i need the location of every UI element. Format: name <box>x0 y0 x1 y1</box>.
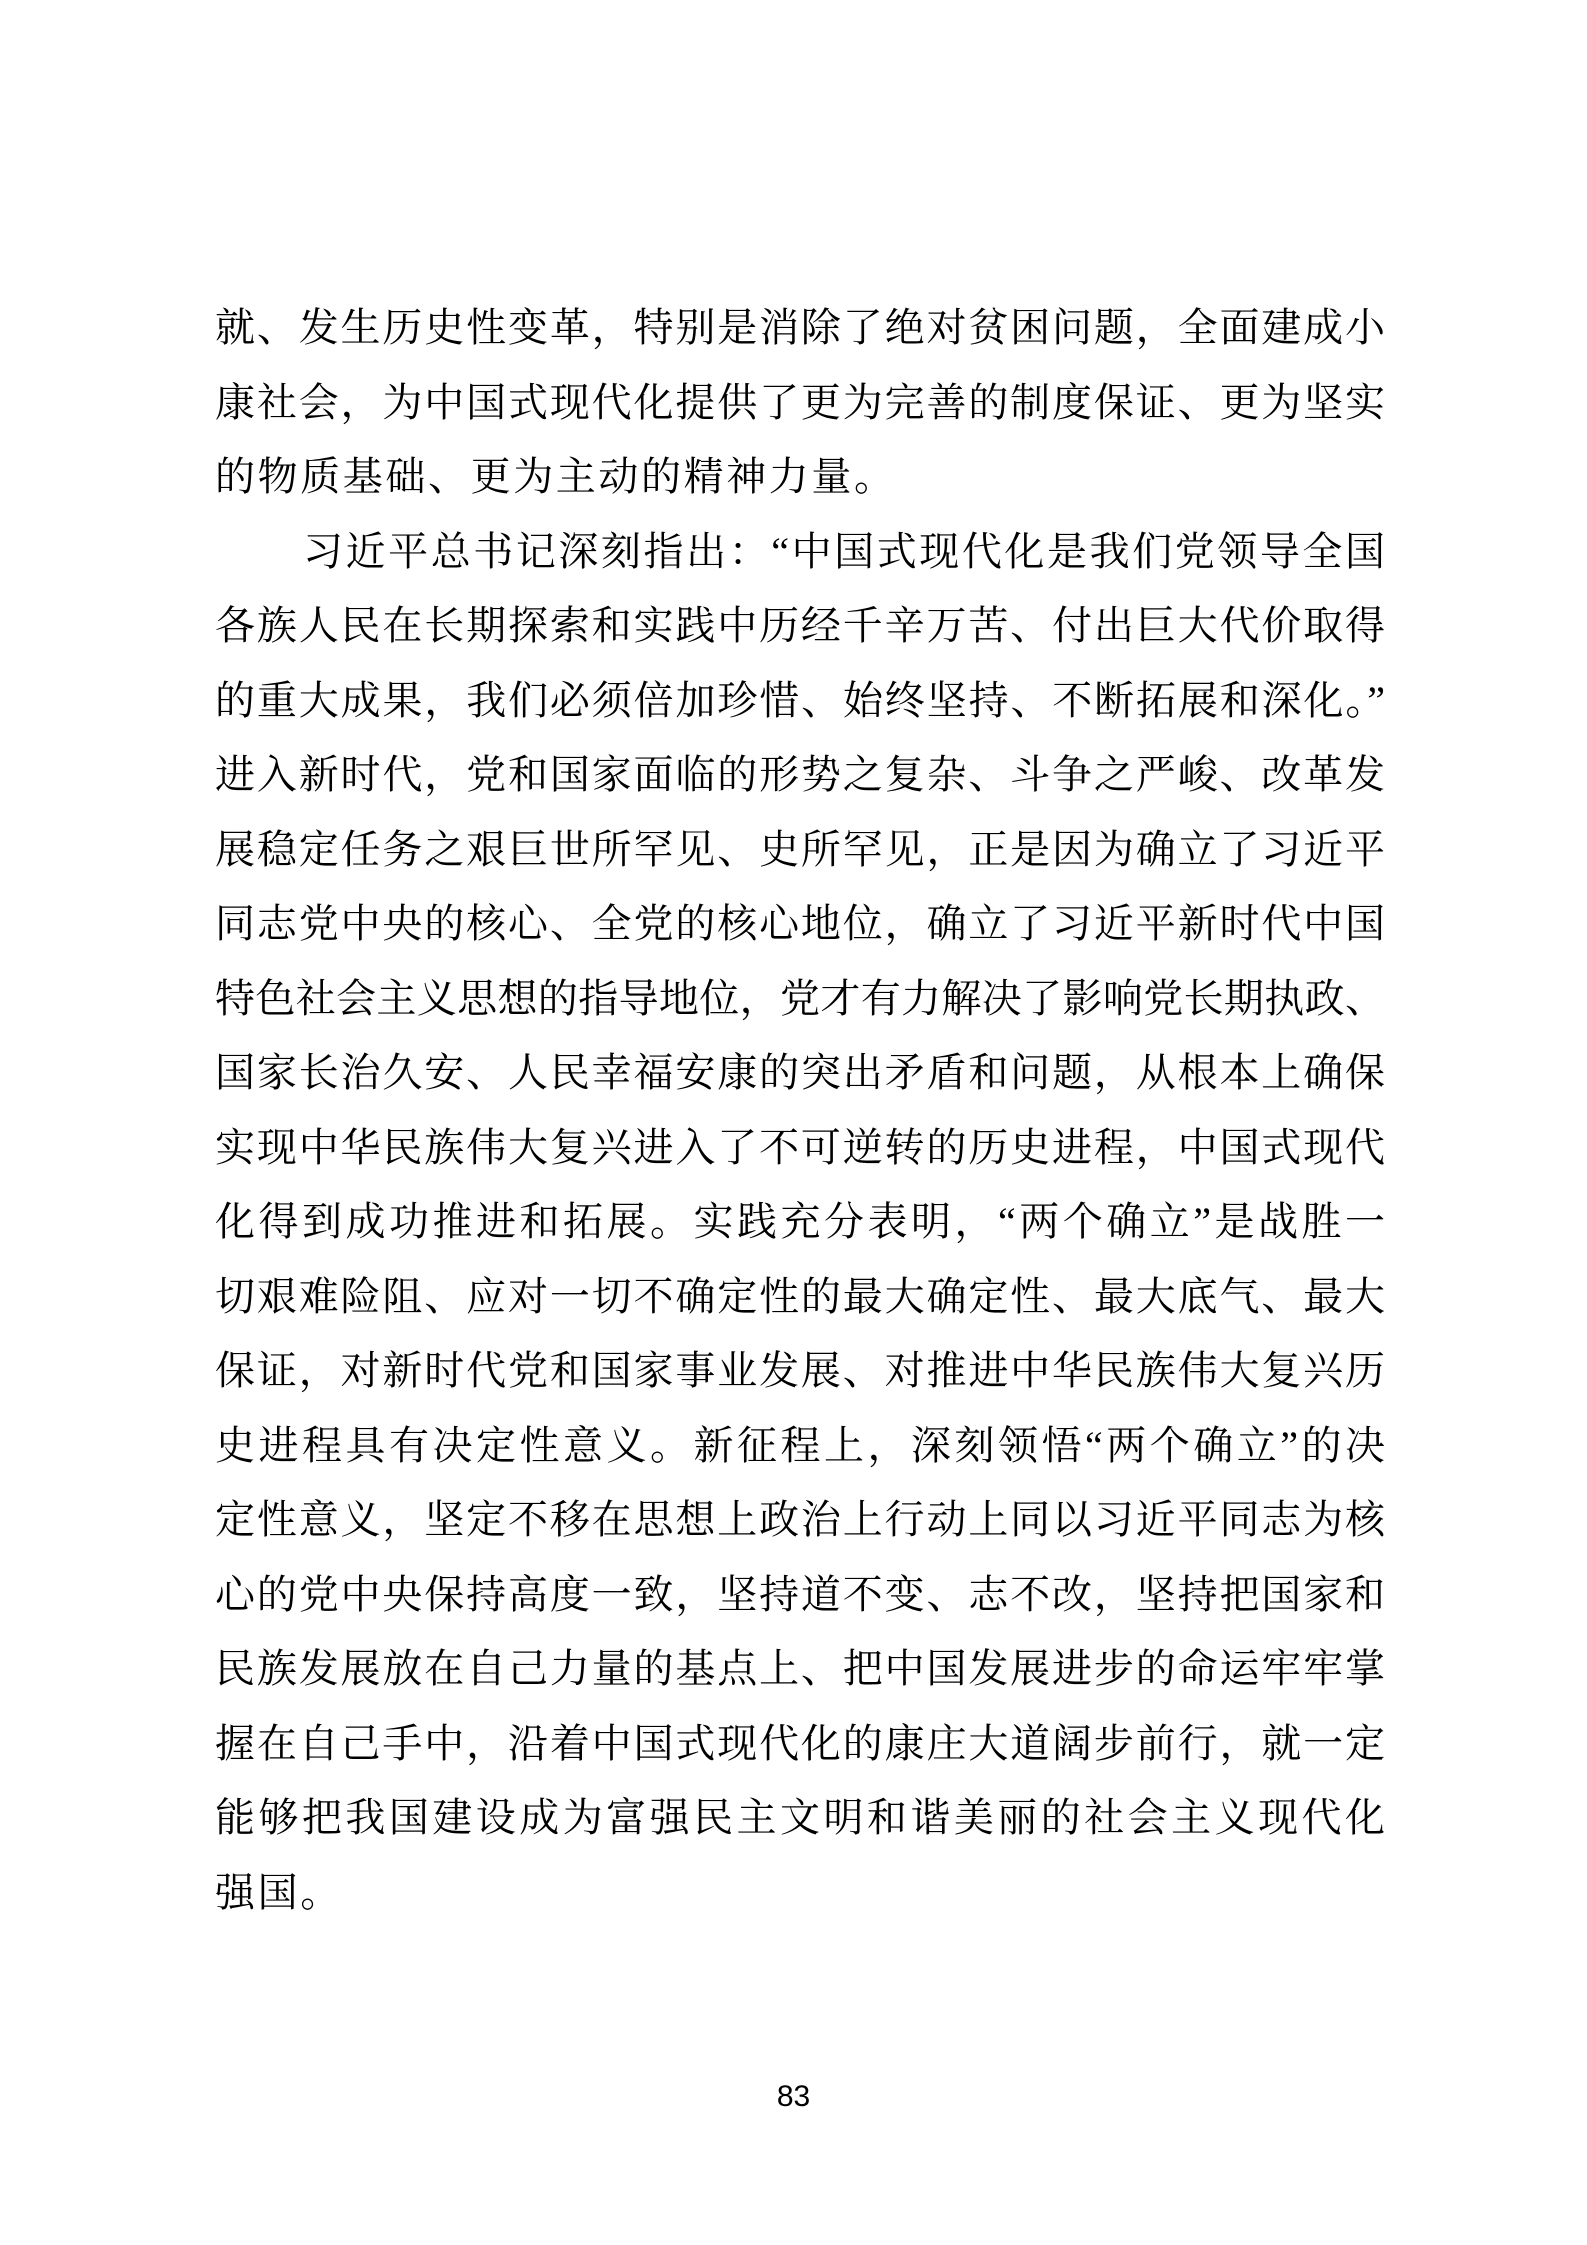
text-line-09: 同志党中央的核心、全党的核心地位，确立了习近平新时代中国 <box>215 887 1385 962</box>
text-line-01: 就、发生历史性变革，特别是消除了绝对贫困问题，全面建成小 <box>215 291 1385 366</box>
text-line-14: 切艰难险阻、应对一切不确定性的最大确定性、最大底气、最大 <box>215 1260 1385 1335</box>
text-line-17: 定性意义，坚定不移在思想上政治上行动上同以习近平同志为核 <box>215 1483 1385 1558</box>
text-line-13: 化得到成功推进和拓展。实践充分表明，“两个确立”是战胜一 <box>215 1185 1385 1260</box>
text-line-03: 的物质基础、更为主动的精神力量。 <box>215 440 1385 515</box>
text-line-21: 能够把我国建设成为富强民主文明和谐美丽的社会主义现代化 <box>215 1781 1385 1856</box>
text-line-11: 国家长治久安、人民幸福安康的突出矛盾和问题，从根本上确保 <box>215 1036 1385 1111</box>
text-line-06: 的重大成果，我们必须倍加珍惜、始终坚持、不断拓展和深化。” <box>215 664 1385 739</box>
text-line-04: 习近平总书记深刻指出：“中国式现代化是我们党领导全国 <box>215 515 1385 590</box>
text-line-10: 特色社会主义思想的指导地位，党才有力解决了影响党长期执政、 <box>215 962 1385 1037</box>
text-line-05: 各族人民在长期探索和实践中历经千辛万苦、付出巨大代价取得 <box>215 589 1385 664</box>
page-number: 83 <box>0 2080 1587 2114</box>
text-line-20: 握在自己手中，沿着中国式现代化的康庄大道阔步前行，就一定 <box>215 1707 1385 1782</box>
text-line-15: 保证，对新时代党和国家事业发展、对推进中华民族伟大复兴历 <box>215 1334 1385 1409</box>
text-line-07: 进入新时代，党和国家面临的形势之复杂、斗争之严峻、改革发 <box>215 738 1385 813</box>
text-line-12: 实现中华民族伟大复兴进入了不可逆转的历史进程，中国式现代 <box>215 1111 1385 1186</box>
text-line-19: 民族发展放在自己力量的基点上、把中国发展进步的命运牢牢掌 <box>215 1632 1385 1707</box>
text-line-18: 心的党中央保持高度一致，坚持道不变、志不改，坚持把国家和 <box>215 1558 1385 1633</box>
text-line-16: 史进程具有决定性意义。新征程上，深刻领悟“两个确立”的决 <box>215 1409 1385 1484</box>
text-line-08: 展稳定任务之艰巨世所罕见、史所罕见，正是因为确立了习近平 <box>215 813 1385 888</box>
text-line-02: 康社会，为中国式现代化提供了更为完善的制度保证、更为坚实 <box>215 366 1385 441</box>
document-page: 就、发生历史性变革，特别是消除了绝对贫困问题，全面建成小 康社会，为中国式现代化… <box>0 0 1587 2245</box>
body-text: 就、发生历史性变革，特别是消除了绝对贫困问题，全面建成小 康社会，为中国式现代化… <box>215 291 1385 1930</box>
text-line-22: 强国。 <box>215 1856 1385 1931</box>
